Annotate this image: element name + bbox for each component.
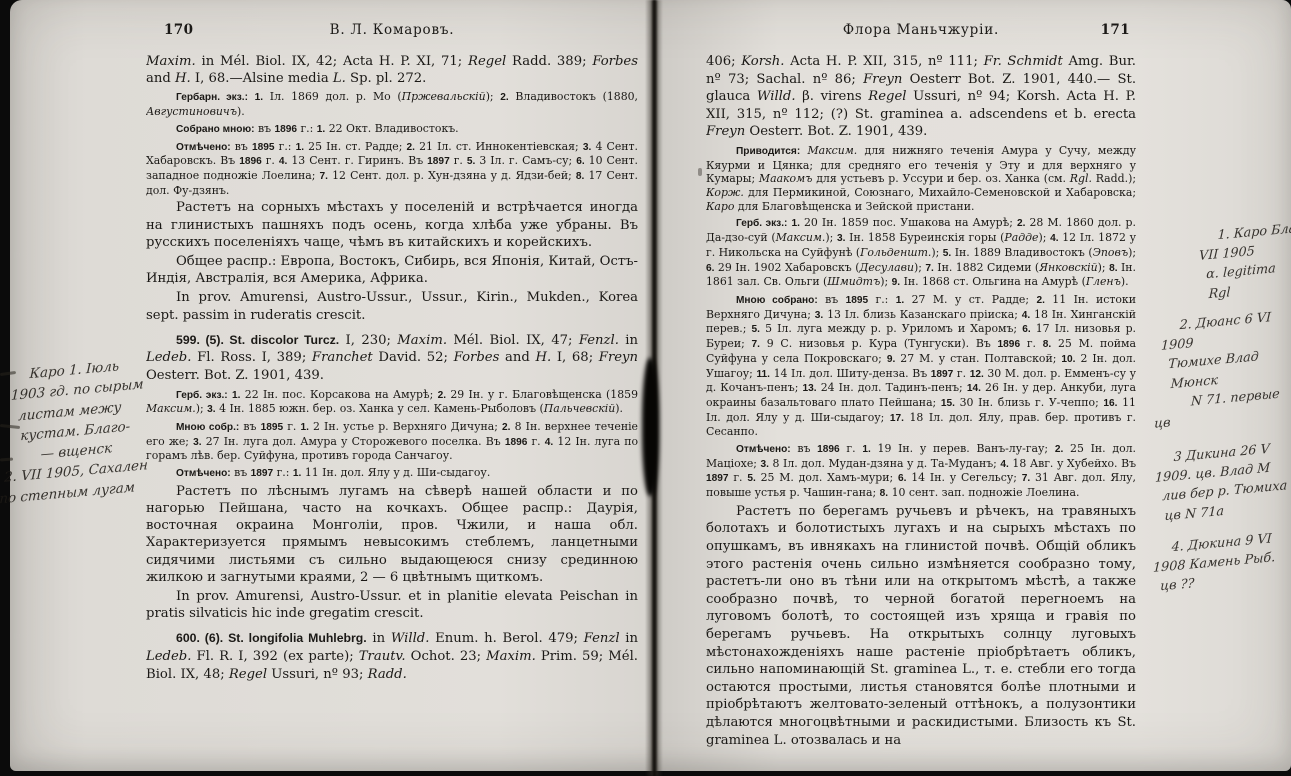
paragraph: 599. (5). St. discolor Turcz. I, 230; Ma… bbox=[146, 332, 638, 385]
left-page-text-column: Maxim. in Mél. Biol. IX, 42; Acta H. P. … bbox=[146, 53, 638, 683]
paragraph: In prov. Amurensi, Austro-Ussur., Ussur.… bbox=[146, 289, 638, 323]
paragraph: Герб. экз.: 1. 22 Ін. пос. Корсакова на … bbox=[146, 388, 638, 417]
right-page-text-column: 406; Korsh. Acta H. P. XII, 315, nº 111;… bbox=[706, 53, 1136, 749]
paragraph: Отмѣчено: въ 1896 г. 1. 19 Ін. у перев. … bbox=[706, 442, 1136, 501]
left-running-title: В. Л. Комаровъ. bbox=[216, 22, 568, 38]
paragraph: Общее распр.: Европа, Востокъ, Сибирь, в… bbox=[146, 253, 638, 287]
right-margin-handwritten-note-2: 2. Дюанс 6 VI1909Тюмихе ВладМюнскN 71. п… bbox=[1154, 306, 1291, 434]
right-page-number: 171 bbox=[1066, 22, 1136, 38]
paragraph: Собрано мною: въ 1896 г.: 1. 22 Окт. Вла… bbox=[146, 122, 638, 137]
paragraph: Растетъ по лѣснымъ лугамъ на сѣверѣ наше… bbox=[146, 483, 638, 586]
paragraph: 600. (6). St. longifolia Muhlebrg. in Wi… bbox=[146, 630, 638, 683]
paragraph: Мною собрано: въ 1895 г.: 1. 27 М. у ст.… bbox=[706, 293, 1136, 439]
pencil-mark bbox=[698, 168, 702, 176]
paragraph: Гербарн. экз.: 1. Іл. 1869 дол. р. Мо (П… bbox=[146, 90, 638, 118]
right-margin-handwritten-note-3: 3 Дикина 26 V1909. цв. Влад Млив бер р. … bbox=[1149, 438, 1291, 527]
book-gutter-dark-spot bbox=[642, 358, 659, 496]
paragraph: Мною собр.: въ 1895 г. 1. 2 Ін. устье р.… bbox=[146, 420, 638, 463]
right-margin-handwritten-note-1: 1. Каро БлагVII 1905α. legitimaRgl bbox=[1193, 216, 1291, 305]
left-page-header: 170 В. Л. Комаровъ. bbox=[146, 22, 638, 38]
left-page: 170 В. Л. Комаровъ. Maxim. in Mél. Biol.… bbox=[146, 22, 638, 758]
paragraph: In prov. Amurensi, Austro-Ussur. et in p… bbox=[146, 588, 638, 622]
paragraph: Приводится: Максим. для нижняго теченія … bbox=[706, 144, 1136, 214]
paragraph: Отмѣчено: въ 1897 г.: 1. 11 Ін. дол. Ялу… bbox=[146, 466, 638, 481]
right-page-header: Флора Маньчжуріи. 171 bbox=[706, 22, 1136, 38]
paragraph: Maxim. in Mél. Biol. IX, 42; Acta H. P. … bbox=[146, 53, 638, 87]
right-page: Флора Маньчжуріи. 171 406; Korsh. Acta H… bbox=[706, 22, 1136, 758]
paragraph: Растетъ на сорныхъ мѣстахъ у поселеній и… bbox=[146, 199, 638, 251]
right-running-title: Флора Маньчжуріи. bbox=[776, 22, 1066, 38]
paragraph: Растетъ по берегамъ ручьевъ и рѣчекъ, на… bbox=[706, 503, 1136, 749]
paragraph: Герб. экз.: 1. 20 Ін. 1859 пос. Ушакова … bbox=[706, 216, 1136, 290]
scanned-book-spread: 170 В. Л. Комаровъ. Maxim. in Mél. Biol.… bbox=[0, 0, 1291, 776]
paragraph: 406; Korsh. Acta H. P. XII, 315, nº 111;… bbox=[706, 53, 1136, 141]
left-page-number: 170 bbox=[146, 22, 216, 38]
right-margin-handwritten-note-4: 4. Дюкина 9 VI1908 Камень Рыб.цв ?? bbox=[1148, 528, 1289, 598]
paragraph: Отмѣчено: въ 1895 г.: 1. 25 Ін. ст. Радд… bbox=[146, 140, 638, 198]
left-margin-handwritten-note: Каро 1. Іюль1903 гд. по сырымлистам межу… bbox=[3, 353, 157, 509]
